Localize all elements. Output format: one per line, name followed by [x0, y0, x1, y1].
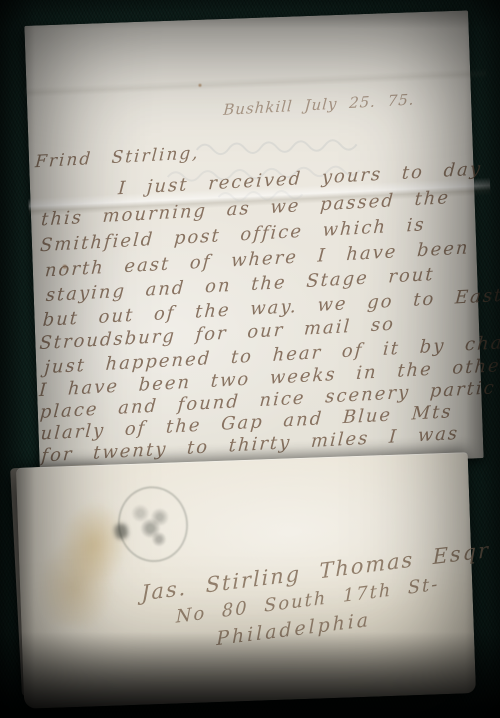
envelope-address: Jas. Stirling Thomas Esqr No 80 South 17… — [140, 542, 497, 654]
letter-salutation: Frind Stirling, — [34, 142, 200, 173]
ink-speck — [198, 84, 201, 87]
letter-sheet: Bushkill July 25. 75. Frind Stirling, I … — [24, 10, 483, 473]
photo-background: Bushkill July 25. 75. Frind Stirling, I … — [0, 0, 500, 718]
letter-date-line: Bushkill July 25. 75. — [223, 88, 416, 120]
envelope: Jas. Stirling Thomas Esqr No 80 South 17… — [16, 452, 476, 709]
fold-crease-top — [24, 68, 486, 97]
postmark-stamp — [112, 481, 194, 568]
